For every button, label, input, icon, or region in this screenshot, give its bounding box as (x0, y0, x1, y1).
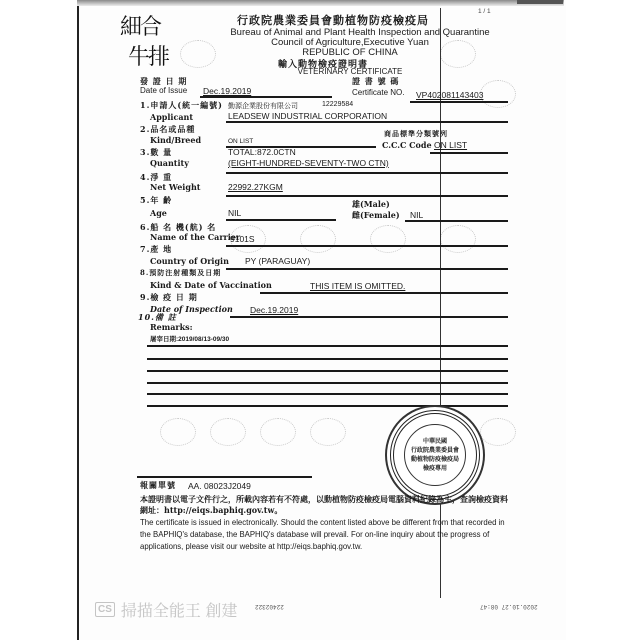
quantity-words: (EIGHT-HUNDRED-SEVENTY-TWO CTN) (228, 158, 389, 168)
age-label-cn: 5.年 齡 (140, 195, 172, 206)
issue-date-value: Dec.19.2019 (203, 86, 251, 96)
age-value: NIL (228, 208, 241, 218)
underline (226, 219, 336, 221)
footer-number: 22402322 (255, 603, 284, 610)
scan-shadow-corner (517, 0, 563, 4)
scan-shadow (77, 0, 564, 6)
page-indicator: 1 / 1 (478, 8, 491, 15)
underline (410, 101, 508, 103)
certificate-no-label: Certificate NO. (352, 88, 404, 97)
notice-en: The certificate is issued in electronica… (140, 517, 512, 553)
underline (200, 96, 332, 98)
vaccination-value: THIS ITEM IS OMITTED. (310, 281, 405, 291)
male-label: 雄(Male) (352, 199, 390, 210)
applicant-name: LEADSEW INDUSTRIAL CORPORATION (228, 111, 387, 121)
female-label: 雌(Female) (352, 210, 400, 221)
background-pattern (260, 418, 296, 446)
signature-line (137, 476, 312, 478)
seal-text: 行政院農業委員會 (411, 446, 459, 455)
applicant-label: Applicant (150, 112, 193, 122)
carrier-value: 9101S (230, 234, 255, 244)
remarks-line (147, 405, 508, 407)
underline (405, 220, 508, 222)
quantity-label: Quantity (150, 158, 189, 168)
net-weight-label: Net Weight (150, 182, 200, 192)
seal-text: 動植物防疫檢疫局 (411, 455, 459, 464)
official-seal: 中華民國 行政院農業委員會 動植物防疫檢疫局 檢疫專用 (390, 410, 480, 500)
issue-date-label: Date of Issue (140, 86, 187, 95)
handwritten-note: 細合 (120, 10, 160, 41)
ccc-value: ON LIST (434, 140, 467, 150)
watermark-text: 掃描全能王 創建 (121, 598, 237, 621)
background-pattern (180, 40, 216, 68)
notice-cn: 本證明書以電子文件行之，所載內容若有不符處，以動植物防疫檢疫局電腦資料紀錄為主，… (140, 494, 510, 516)
net-weight-value: 22992.27KGM (228, 182, 283, 192)
underline (230, 316, 508, 318)
origin-label-cn: 7.產 地 (140, 244, 172, 255)
vaccination-label: Kind & Date of Vaccination (150, 280, 272, 290)
remarks-line (147, 393, 508, 395)
reference-label-cn: 報關單號 (140, 480, 176, 491)
quantity-label-cn: 3.數 量 (140, 147, 172, 158)
scanner-watermark: CS 掃描全能王 創建 (95, 598, 237, 621)
origin-label: Country of Origin (150, 256, 229, 266)
background-pattern (480, 418, 516, 446)
background-pattern (310, 418, 346, 446)
remarks-line (147, 345, 508, 347)
applicant-label-cn: 1.申請人(統一編號) (140, 100, 223, 111)
inspection-value: Dec.19.2019 (250, 305, 298, 315)
underline (226, 172, 508, 174)
remarks-value: 屠宰日期:2019/08/13-09/30 (150, 334, 229, 343)
underline (260, 292, 508, 294)
remarks-line (147, 370, 508, 372)
camscanner-logo-icon: CS (95, 602, 115, 617)
carrier-label: Name of the Carrier (150, 232, 240, 242)
inspection-label-cn: 9.檢 疫 日 期 (140, 292, 198, 303)
ccc-label: C.C.C Code (382, 140, 432, 150)
handwritten-note: 牛排 (128, 40, 168, 71)
background-pattern (370, 225, 406, 253)
footer-timestamp: 2020.10.27 08:47 (480, 603, 538, 610)
ccc-label-cn: 商品標準分類號列 (384, 129, 448, 139)
applicant-name-cn: 勤源企業股份有限公司 (228, 101, 298, 111)
vaccination-label-cn: 8.預防注射種類及日期 (140, 268, 221, 278)
underline (226, 121, 508, 123)
kind-value: ON LIST (228, 138, 253, 145)
seal-text: 中華民國 (423, 437, 447, 446)
remarks-line (147, 382, 508, 384)
seal-text: 檢疫專用 (423, 464, 447, 473)
background-pattern (480, 80, 516, 108)
kind-label: Kind/Breed (150, 135, 201, 145)
certificate-no-value: VP402081143403 (416, 90, 483, 100)
underline (226, 245, 508, 247)
origin-value: PY (PARAGUAY) (245, 256, 310, 266)
background-pattern (300, 225, 336, 253)
background-pattern (160, 418, 196, 446)
remarks-label: Remarks: (150, 322, 193, 332)
certificate-no-label-cn: 證 書 號 碼 (352, 76, 399, 87)
background-pattern (440, 225, 476, 253)
applicant-tax-id: 12229584 (322, 101, 353, 108)
underline (430, 152, 508, 154)
agency-name-cn: 行政院農業委員會動植物防疫檢疫局 (237, 12, 429, 28)
reference-value: AA. 08023J2049 (188, 481, 251, 491)
certificate-title-en: VETERINARY CERTIFICATE (220, 67, 480, 76)
underline (226, 268, 508, 270)
background-pattern (210, 418, 246, 446)
underline (226, 195, 508, 197)
quantity-value: TOTAL:872.0CTN (228, 147, 296, 157)
age-label: Age (150, 208, 167, 218)
remarks-line (147, 358, 508, 360)
female-value: NIL (410, 210, 423, 220)
kind-label-cn: 2.品名或品種 (140, 124, 195, 135)
